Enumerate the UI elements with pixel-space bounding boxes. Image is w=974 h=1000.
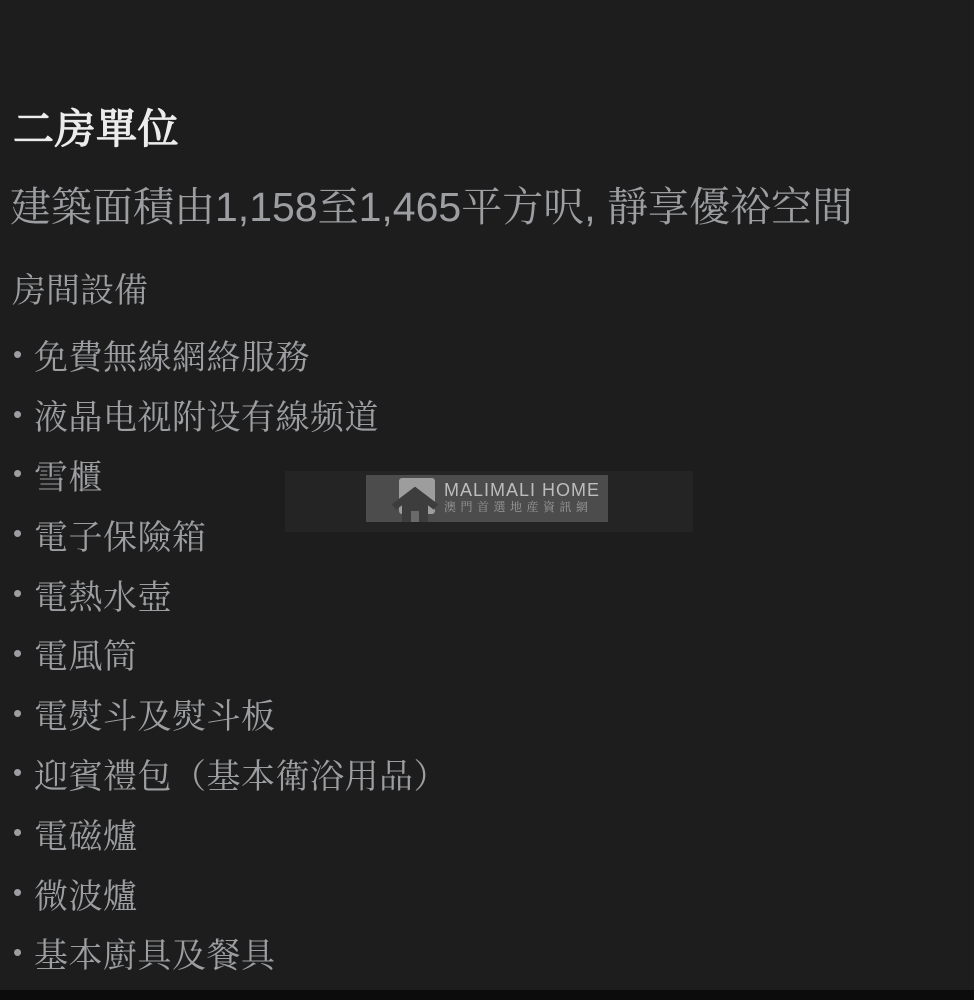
watermark-brand: MALIMALI HOME (444, 480, 600, 500)
page-title: 二房單位 (13, 106, 179, 153)
house-icon (392, 478, 440, 523)
amenities-list: 免費無線網絡服務 液晶电视附设有線频道 雪櫃 電子保險箱 電熱水壺 電風筒 電熨… (0, 325, 974, 983)
watermark-tagline: 澳門首選地産資訊網 (444, 500, 600, 515)
amenity-item: 基本廚具及餐具 (0, 923, 974, 983)
amenity-item: 迎賓禮包（基本衛浴用品） (0, 744, 974, 804)
amenity-item: 電風筒 (0, 624, 974, 684)
amenities-section-heading: 房間設備 (12, 273, 148, 310)
amenity-item: 電磁爐 (0, 803, 974, 863)
listing-page: { "page": { "background_color": "#1d1d1d… (0, 0, 974, 1000)
amenity-item: 電熨斗及熨斗板 (0, 684, 974, 744)
watermark: MALIMALI HOME 澳門首選地産資訊網 (366, 475, 608, 522)
amenity-item: 液晶电视附设有線频道 (0, 385, 974, 445)
amenity-item: 電熱水壺 (0, 564, 974, 624)
amenity-item: 微波爐 (0, 863, 974, 923)
amenity-item: 免費無線網絡服務 (0, 325, 974, 385)
bottom-edge-strip (0, 990, 974, 1000)
listing-subtitle: 建築面積由1,158至1,465平方呎, 靜享優裕空間 (10, 184, 853, 231)
watermark-text: MALIMALI HOME 澳門首選地産資訊網 (444, 480, 600, 515)
